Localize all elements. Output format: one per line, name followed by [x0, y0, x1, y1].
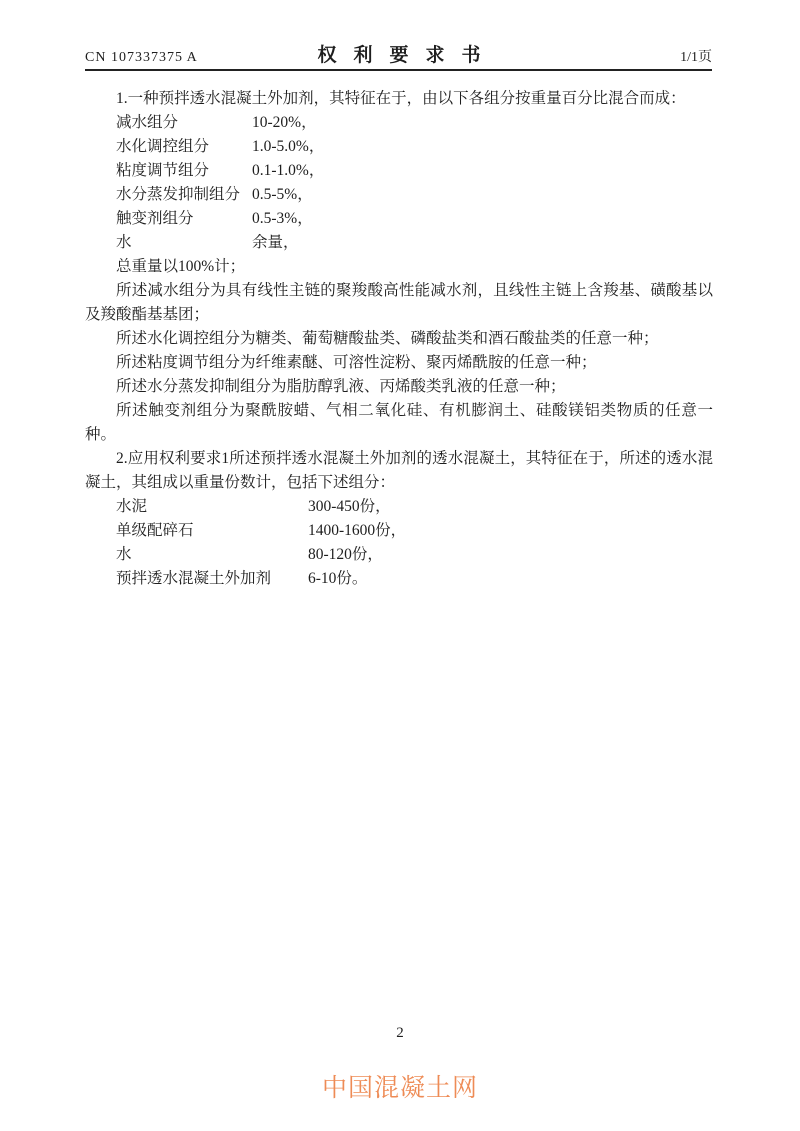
claim1-component-row: 水化调控组分 1.0-5.0%，: [85, 135, 713, 159]
component-value: 0.5-5%，: [252, 183, 313, 207]
component-name: 单级配碎石: [116, 519, 308, 543]
component-name: 预拌透水混凝土外加剂: [116, 567, 308, 591]
claim1-component-row: 触变剂组分 0.5-3%，: [85, 207, 713, 231]
component-name: 水化调控组分: [116, 135, 252, 159]
claim1-component-row: 粘度调节组分 0.1-1.0%，: [85, 159, 713, 183]
component-value: 1.0-5.0%，: [252, 135, 324, 159]
claim1-detail: 所述水化调控组分为糖类、葡萄糖酸盐类、磷酸盐类和酒石酸盐类的任意一种；: [85, 327, 713, 351]
claim1-intro: 1.一种预拌透水混凝土外加剂，其特征在于，由以下各组分按重量百分比混合而成：: [85, 87, 713, 111]
claim2-component-row: 水 80-120份，: [85, 543, 713, 567]
claim2-component-row: 水泥 300-450份，: [85, 495, 713, 519]
claim1-component-row: 减水组分 10-20%，: [85, 111, 713, 135]
claim1-component-row: 水 余量，: [85, 231, 713, 255]
component-value: 0.5-3%，: [252, 207, 313, 231]
component-name: 水泥: [116, 495, 308, 519]
component-value: 1400-1600份，: [308, 519, 406, 543]
page-title: 权利要求书: [317, 40, 497, 67]
component-name: 触变剂组分: [116, 207, 252, 231]
claim1-detail: 所述触变剂组分为聚酰胺蜡、气相二氧化硅、有机膨润土、硅酸镁铝类物质的任意一种。: [85, 399, 713, 447]
component-value: 300-450份，: [308, 495, 391, 519]
page-header: CN 107337375 A 权利要求书 1/1页: [85, 40, 712, 71]
component-value: 0.1-1.0%，: [252, 159, 324, 183]
component-name: 减水组分: [116, 111, 252, 135]
component-value: 10-20%，: [252, 111, 317, 135]
claim1-total-note: 总重量以100%计；: [85, 255, 713, 279]
document-number: CN 107337375 A: [85, 50, 198, 66]
claims-body: 1.一种预拌透水混凝土外加剂，其特征在于，由以下各组分按重量百分比混合而成： 减…: [85, 87, 713, 591]
component-name: 水分蒸发抑制组分: [116, 183, 252, 207]
claim1-detail: 所述减水组分为具有线性主链的聚羧酸高性能减水剂，且线性主链上含羧基、磺酸基以及羧…: [85, 279, 713, 327]
patent-claims-page: CN 107337375 A 权利要求书 1/1页 1.一种预拌透水混凝土外加剂…: [0, 0, 800, 1131]
watermark-text: 中国混凝土网: [0, 1068, 800, 1104]
claim2-intro: 2.应用权利要求1所述预拌透水混凝土外加剂的透水混凝土，其特征在于，所述的透水混…: [85, 447, 713, 495]
component-name: 水: [116, 231, 252, 255]
claim1-component-row: 水分蒸发抑制组分 0.5-5%，: [85, 183, 713, 207]
claim1-detail: 所述粘度调节组分为纤维素醚、可溶性淀粉、聚丙烯酰胺的任意一种；: [85, 351, 713, 375]
component-name: 粘度调节组分: [116, 159, 252, 183]
page-indicator: 1/1页: [680, 46, 712, 66]
claim2-component-row: 预拌透水混凝土外加剂 6-10份。: [85, 567, 713, 591]
component-value: 80-120份，: [308, 543, 383, 567]
claim2-component-row: 单级配碎石 1400-1600份，: [85, 519, 713, 543]
component-value: 6-10份。: [308, 567, 367, 591]
component-value: 余量，: [252, 231, 299, 255]
claim1-detail: 所述水分蒸发抑制组分为脂肪醇乳液、丙烯酸类乳液的任意一种；: [85, 375, 713, 399]
page-number: 2: [0, 1025, 800, 1042]
component-name: 水: [116, 543, 308, 567]
